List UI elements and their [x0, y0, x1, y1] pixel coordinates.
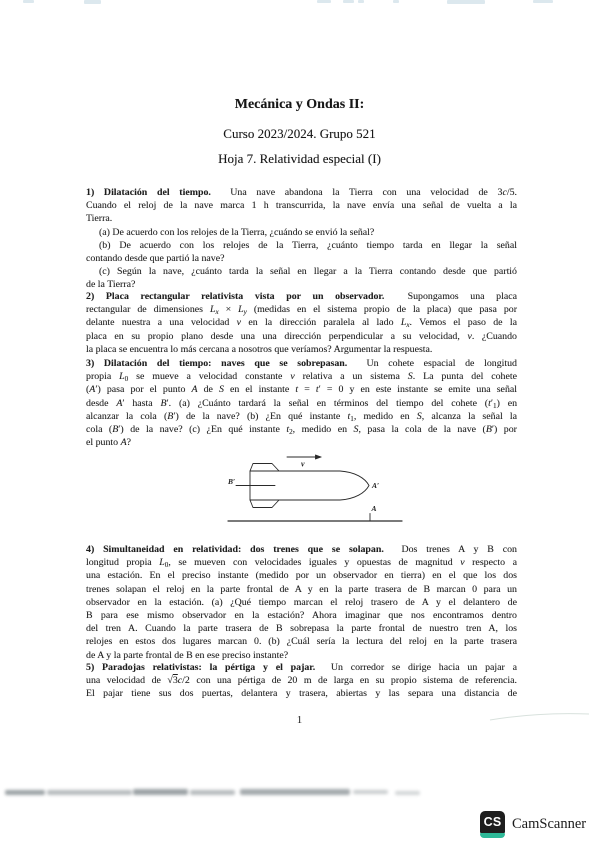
text-line: 2) Placa rectangular relativista vista p… [86, 290, 517, 303]
text-line: (b) De acuerdo con los relojes de la Tie… [86, 239, 517, 252]
text-line: rectangular de dimensiones Lx × Ly (medi… [86, 303, 517, 316]
problem-2-relativistic-plate: 2) Placa rectangular relativista vista p… [86, 290, 517, 356]
scan-smudge [5, 790, 45, 795]
problem-5-pole-barn-paradox: 5) Paradojas relativistas: la pértiga y … [86, 661, 517, 701]
text-line: contando desde que partió la nave? [86, 252, 517, 265]
scan-smudge [353, 790, 388, 794]
text-line: propia L0 se mueve a velocidad constante… [86, 370, 517, 383]
scan-fragment [358, 0, 364, 3]
rocket-nose-label: A′ [371, 481, 379, 490]
scan-fragment [317, 0, 331, 3]
scan-fragment [343, 0, 354, 3]
text-line: 3) Dilatación del tiempo: naves que se s… [86, 357, 517, 370]
text-line: desde A′ hasta B′. (a) ¿Cuánto tardará l… [86, 397, 517, 410]
text-line: 1) Dilatación del tiempo. Una nave aband… [86, 186, 517, 199]
text-line: de A y la parte frontal de B en ese prec… [86, 649, 517, 662]
problem-4-simultaneity-trains: 4) Simultaneidad en relatividad: dos tre… [86, 543, 517, 662]
text-line: El pajar tiene sus dos puertas, delanter… [86, 687, 517, 700]
scan-fragment [23, 0, 34, 3]
velocity-arrow-icon [287, 455, 321, 459]
text-line: (c) Según la nave, ¿cuánto tarda la seña… [86, 265, 517, 278]
camscanner-badge-text: CS [480, 811, 505, 833]
text-line: la placa se encuentra lo más cercana a n… [86, 343, 517, 356]
text-line: cola (B′) de la nave? (c) ¿En qué instan… [86, 423, 517, 436]
text-line: Tierra. [86, 212, 517, 225]
course-year-group: Curso 2023/2024. Grupo 521 [0, 126, 599, 142]
text-line: observador en la estación. (a) ¿Qué tiem… [86, 596, 517, 609]
velocity-label: v [301, 460, 305, 469]
scan-smudge [240, 789, 350, 795]
scan-smudge [133, 789, 188, 795]
scan-fragment [393, 0, 399, 3]
text-line: una velocidad de √3c/2 con una pértiga d… [86, 674, 517, 687]
text-line: placa en su propio plano desde una una d… [86, 330, 517, 343]
rocket-figure: v B′ A′ A [222, 450, 412, 535]
rocket-tail-label: B′ [227, 477, 235, 486]
sheet-title: Hoja 7. Relatividad especial (I) [0, 151, 599, 167]
text-line: (A′) pasa por el punto A de S en el inst… [86, 383, 517, 396]
camscanner-badge-accent [480, 833, 505, 838]
camscanner-watermark: CS CamScanner [480, 811, 586, 838]
text-line: Cuando el reloj de la nave marca 1 h tra… [86, 199, 517, 212]
text-line: trenes solapan el reloj en la parte fron… [86, 583, 517, 596]
ground-point-label: A [371, 504, 377, 513]
scanned-document-page: Mecánica y Ondas II: Curso 2023/2024. Gr… [0, 0, 599, 848]
text-line: una estación. En el preciso instante (me… [86, 569, 517, 582]
rocket-bottom-fin [250, 500, 279, 508]
text-line: delante nuestra a una velocidad v en la … [86, 316, 517, 329]
text-line: (a) De acuerdo con los relojes de la Tie… [86, 226, 517, 239]
text-line: longitud propia L0, se mueven con veloci… [86, 556, 517, 569]
problem-1-time-dilation: 1) Dilatación del tiempo. Una nave aband… [86, 186, 517, 292]
scan-smudge [395, 791, 420, 795]
rocket-top-fin [250, 464, 279, 472]
camscanner-badge-icon: CS [480, 811, 505, 838]
text-line: relojes en estos dos lugares marcan 0. (… [86, 635, 517, 648]
text-line: 5) Paradojas relativistas: la pértiga y … [86, 661, 517, 674]
scan-fragment [447, 0, 485, 4]
scan-fragment [533, 0, 553, 3]
scan-smudge [47, 790, 132, 795]
text-line: del tren A. Cuando la parte trasera de B… [86, 622, 517, 635]
problem-3-overtaking-ships: 3) Dilatación del tiempo: naves que se s… [86, 357, 517, 449]
text-line: 4) Simultaneidad en relatividad: dos tre… [86, 543, 517, 556]
text-line: B para ese mismo observador en la estaci… [86, 609, 517, 622]
course-title: Mecánica y Ondas II: [0, 97, 599, 113]
text-line: alcanzar la cola (B′) de la nave? (b) ¿E… [86, 410, 517, 423]
faint-scan-curve [488, 709, 592, 723]
scan-fragment [84, 0, 101, 4]
rocket-diagram: v B′ A′ A [222, 450, 412, 535]
camscanner-label: CamScanner [512, 816, 586, 833]
scan-smudge [190, 790, 235, 795]
text-line: el punto A? [86, 436, 517, 449]
